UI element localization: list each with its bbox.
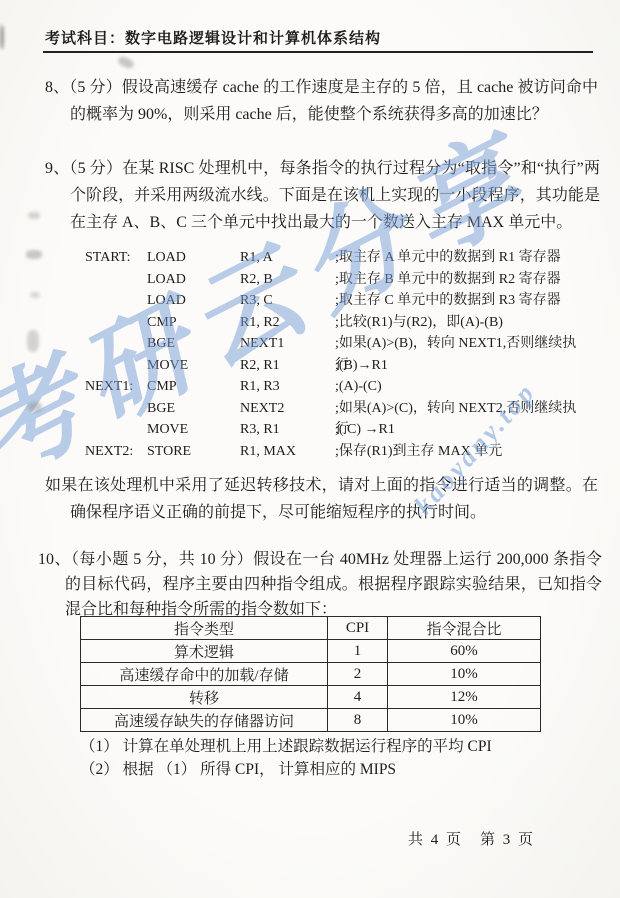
code-line: MOVER3, R1;( C) →R1 [85, 419, 590, 441]
question-8: 8、（5 分）假设高速缓存 cache 的工作速度是主存的 5 倍，且 cach… [45, 74, 598, 128]
scan-artifact [27, 330, 39, 352]
code-line: CMPR1, R2;比较(R1)与(R2)，即(A)-(B) [85, 312, 590, 334]
code-line: MOVER2, R1;(B)→R1 [85, 355, 590, 377]
code-line: BGENEXT2;如果(A)>(C)，转向 NEXT2,否则继续执行 [85, 398, 590, 420]
table-row: 高速缓存缺失的存储器访问810% [81, 709, 541, 732]
question-8-text: （5 分）假设高速缓存 cache 的工作速度是主存的 5 倍，且 cache … [69, 79, 598, 123]
exam-page: 考试科目：数字电路逻辑设计和计算机体系结构 8、（5 分）假设高速缓存 cach… [0, 0, 620, 898]
header-rule [43, 51, 593, 53]
code-line: LOADR3, C;取主存 C 单元中的数据到 R3 寄存器 [85, 290, 590, 312]
scan-artifact [0, 25, 4, 49]
code-line: NEXT1:CMPR1, R3;(A)-(C) [85, 376, 590, 398]
question-9: 9、（5 分）在某 RISC 处理机中，每条指令的执行过程分为“取指令”和“执行… [45, 155, 600, 236]
table-row: 算术逻辑160% [81, 640, 541, 663]
scan-artifact [117, 55, 135, 70]
table-header-row: 指令类型 CPI 指令混合比 [81, 617, 541, 640]
scan-artifact [28, 402, 42, 412]
instruction-mix-table: 指令类型 CPI 指令混合比 算术逻辑160% 高速缓存命中的加载/存储210%… [80, 616, 541, 732]
subquestion-1: （1） 计算在单处理机上用上述跟踪数据运行程序的平均 CPI [80, 735, 492, 758]
question-9-text: （5 分）在某 RISC 处理机中，每条指令的执行过程分为“取指令”和“执行”两… [69, 160, 600, 231]
question-10: 10、（每小题 5 分，共 10 分）假设在一台 40MHz 处理器上运行 20… [38, 547, 602, 622]
code-line: BGENEXT1;如果(A)>(B)，转向 NEXT1,否则继续执行 [85, 333, 590, 355]
subquestion-2: （2） 根据 （1） 所得 CPI， 计算相应的 MIPS [80, 758, 492, 781]
col-header-cpi: CPI [328, 617, 388, 640]
scan-artifact [30, 292, 40, 298]
subquestions: （1） 计算在单处理机上用上述跟踪数据运行程序的平均 CPI （2） 根据 （1… [80, 735, 492, 781]
code-listing: START:LOADR1, A;取主存 A 单元中的数据到 R1 寄存器 LOA… [85, 247, 590, 462]
col-header-type: 指令类型 [81, 617, 328, 640]
page-title: 考试科目：数字电路逻辑设计和计算机体系结构 [45, 27, 381, 48]
table-row: 转移412% [81, 686, 541, 709]
page-number-footer: 共 4 页 第 3 页 [408, 828, 535, 849]
code-line: LOADR2, B;取主存 B 单元中的数据到 R2 寄存器 [85, 269, 590, 291]
question-8-number: 8、 [45, 79, 69, 96]
question-9-note: 如果在该处理机中采用了延迟转移技术，请对上面的指令进行适当的调整。在确保程序语义… [45, 472, 598, 526]
question-10-text: （每小题 5 分，共 10 分）假设在一台 40MHz 处理器上运行 200,0… [65, 551, 602, 618]
scan-artifact [26, 250, 42, 259]
question-10-number: 10、 [38, 551, 71, 568]
code-line: START:LOADR1, A;取主存 A 单元中的数据到 R1 寄存器 [85, 247, 590, 269]
code-line: NEXT2:STORER1, MAX;保存(R1)到主存 MAX 单元 [85, 441, 590, 463]
scan-artifact [28, 212, 40, 219]
question-9-number: 9、 [45, 160, 69, 177]
table-row: 高速缓存命中的加载/存储210% [81, 663, 541, 686]
col-header-mix: 指令混合比 [388, 617, 541, 640]
